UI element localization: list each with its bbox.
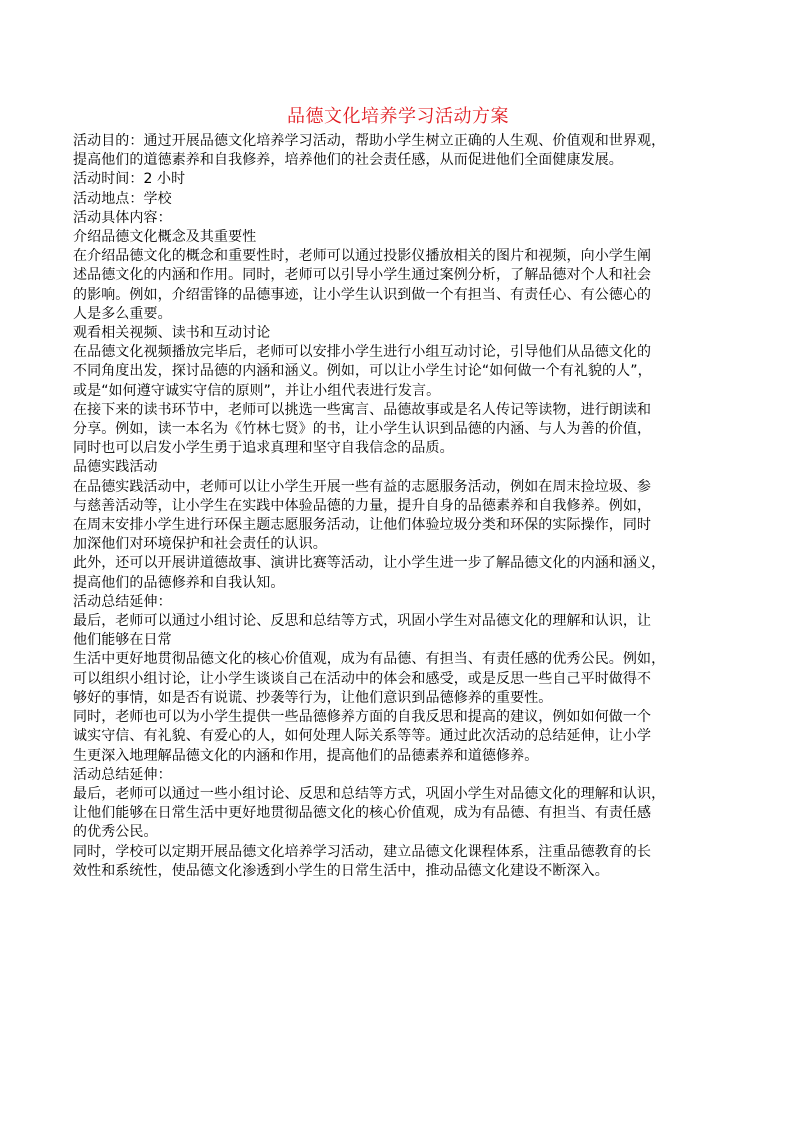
text-line: 述品德文化的内涵和作用。同时，老师可以引导小学生通过案例分析，了解品德对个人和社… bbox=[73, 266, 723, 285]
text-line: 同时也可以启发小学生勇于追求真理和坚守自我信念的品质。 bbox=[73, 439, 723, 458]
text-line: 加深他们对环境保护和社会责任的认识。 bbox=[73, 535, 723, 554]
text-line: 在接下来的读书环节中，老师可以挑选一些寓言、品德故事或是名人传记等读物，进行朗读… bbox=[73, 401, 723, 420]
text-line: 活动时间：2 小时 bbox=[73, 170, 723, 189]
text-line: 此外，还可以开展讲道德故事、演讲比赛等活动，让小学生进一步了解品德文化的内涵和涵… bbox=[73, 554, 723, 573]
document-page: 品德文化培养学习活动方案 活动目的：通过开展品德文化培养学习活动，帮助小学生树立… bbox=[73, 104, 723, 881]
text-line: 活动总结延伸： bbox=[73, 593, 723, 612]
text-line: 提高他们的品德修养和自我认知。 bbox=[73, 574, 723, 593]
text-line: 不同角度出发，探讨品德的内涵和涵义。例如，可以让小学生讨论“如何做一个有礼貌的人… bbox=[73, 362, 723, 381]
text-line: 可以组织小组讨论，让小学生谈谈自己在活动中的体会和感受，或是反思一些自己平时做得… bbox=[73, 670, 723, 689]
text-line: 让他们能够在日常生活中更好地贯彻品德文化的核心价值观，成为有品德、有担当、有责任… bbox=[73, 804, 723, 823]
text-line: 活动目的：通过开展品德文化培养学习活动，帮助小学生树立正确的人生观、价值观和世界… bbox=[73, 132, 723, 151]
text-line: 在周末安排小学生进行环保主题志愿服务活动，让他们体验垃圾分类和环保的实际操作，同… bbox=[73, 516, 723, 535]
text-line: 的优秀公民。 bbox=[73, 823, 723, 842]
text-line: 效性和系统性，使品德文化渗透到小学生的日常生活中，推动品德文化建设不断深入。 bbox=[73, 862, 723, 881]
text-line: 生更深入地理解品德文化的内涵和作用，提高他们的品德素养和道德修养。 bbox=[73, 747, 723, 766]
text-line: 提高他们的道德素养和自我修养，培养他们的社会责任感，从而促进他们全面健康发展。 bbox=[73, 151, 723, 170]
text-line: 观看相关视频、读书和互动讨论 bbox=[73, 324, 723, 343]
text-line: 诚实守信、有礼貌、有爱心的人，如何处理人际关系等等。通过此次活动的总结延伸，让小… bbox=[73, 727, 723, 746]
text-line: 最后，老师可以通过小组讨论、反思和总结等方式，巩固小学生对品德文化的理解和认识，… bbox=[73, 612, 723, 631]
document-body: 活动目的：通过开展品德文化培养学习活动，帮助小学生树立正确的人生观、价值观和世界… bbox=[73, 132, 723, 881]
text-line: 在介绍品德文化的概念和重要性时，老师可以通过投影仪播放相关的图片和视频，向小学生… bbox=[73, 247, 723, 266]
text-line: 活动总结延伸： bbox=[73, 766, 723, 785]
document-title: 品德文化培养学习活动方案 bbox=[73, 104, 723, 130]
text-line: 在品德实践活动中，老师可以让小学生开展一些有益的志愿服务活动，例如在周末捡垃圾、… bbox=[73, 478, 723, 497]
text-line: 与慈善活动等，让小学生在实践中体验品德的力量，提升自身的品德素养和自我修养。例如… bbox=[73, 497, 723, 516]
text-line: 最后，老师可以通过一些小组讨论、反思和总结等方式，巩固小学生对品德文化的理解和认… bbox=[73, 785, 723, 804]
text-line: 在品德文化视频播放完毕后，老师可以安排小学生进行小组互动讨论，引导他们从品德文化… bbox=[73, 343, 723, 362]
text-line: 他们能够在日常 bbox=[73, 631, 723, 650]
text-line: 活动具体内容： bbox=[73, 209, 723, 228]
text-line: 同时，学校可以定期开展品德文化培养学习活动，建立品德文化课程体系，注重品德教育的… bbox=[73, 843, 723, 862]
text-line: 品德实践活动 bbox=[73, 458, 723, 477]
text-line: 介绍品德文化概念及其重要性 bbox=[73, 228, 723, 247]
text-line: 同时，老师也可以为小学生提供一些品德修养方面的自我反思和提高的建议，例如如何做一… bbox=[73, 708, 723, 727]
text-line: 活动地点：学校 bbox=[73, 190, 723, 209]
text-line: 生活中更好地贯彻品德文化的核心价值观，成为有品德、有担当、有责任感的优秀公民。例… bbox=[73, 650, 723, 669]
text-line: 的影响。例如，介绍雷锋的品德事迹，让小学生认识到做一个有担当、有责任心、有公德心… bbox=[73, 286, 723, 305]
text-line: 够好的事情，如是否有说谎、抄袭等行为，让他们意识到品德修养的重要性。 bbox=[73, 689, 723, 708]
text-line: 人是多么重要。 bbox=[73, 305, 723, 324]
text-line: 分享。例如，读一本名为《竹林七贤》的书，让小学生认识到品德的内涵、与人为善的价值… bbox=[73, 420, 723, 439]
text-line: 或是“如何遵守诚实守信的原则”，并让小组代表进行发言。 bbox=[73, 382, 723, 401]
